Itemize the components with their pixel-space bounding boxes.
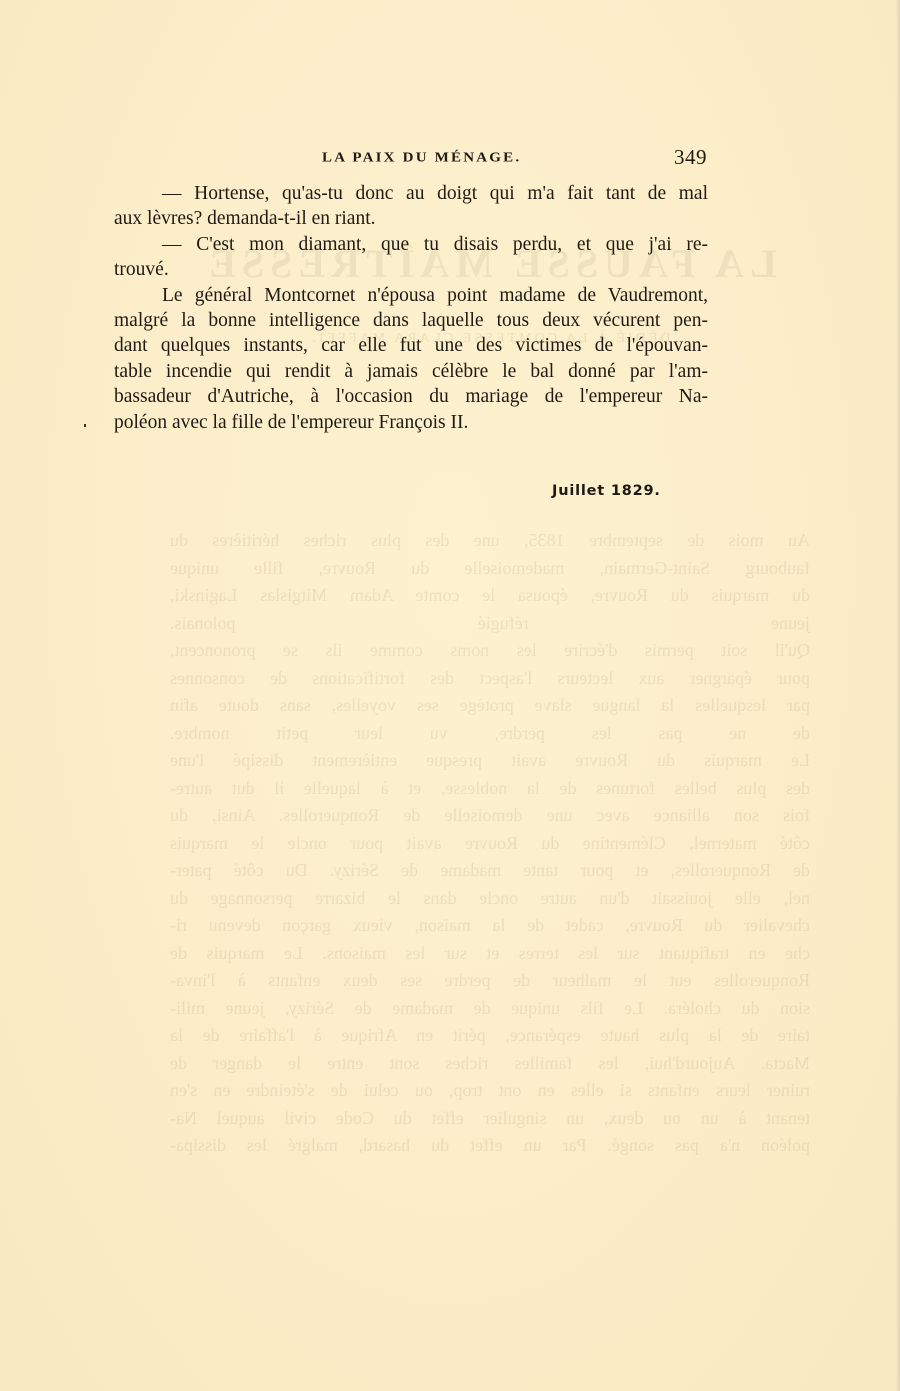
text-line: poléon avec la fille de l'empereur Franç… xyxy=(114,410,708,435)
bleed-line: ruiner leurs enfants si elles en ont tro… xyxy=(170,1077,810,1105)
bleed-line: sion du choléra. Le fils unique de madam… xyxy=(170,995,810,1023)
bleed-line: taire de la plus haute espérance, périt … xyxy=(170,1022,810,1050)
paragraph-dialogue-diamond: — C'est mon diamant, que tu disais perdu… xyxy=(114,232,708,283)
text-line: trouvé. xyxy=(114,257,708,282)
bleed-line: de Ronquerolles, et pour tante madame de… xyxy=(170,857,810,885)
bleed-line: du marquis du Rouvre, épousa le comte Ad… xyxy=(170,582,810,610)
bleed-line: fois son alliance avec une demoiselle de… xyxy=(170,802,810,830)
bleed-line: jeune réfugié polonais. xyxy=(170,610,810,638)
bleed-line: Macta. Aujourd'hui, les familles riches … xyxy=(170,1050,810,1078)
bleed-line: des plus belles fortunes de la noblesse,… xyxy=(170,775,810,803)
bleed-line: de ne pas les perdre, vu leur petit nomb… xyxy=(170,720,810,748)
text-line: aux lèvres? demanda-t-il en riant. xyxy=(114,206,708,231)
text-line: — Hortense, qu'as-tu donc au doigt qui m… xyxy=(114,181,708,206)
bleed-lines: Au mois de septembre 1835, une des plus … xyxy=(170,527,810,1160)
text-line: Le général Montcornet n'épousa point mad… xyxy=(114,283,708,308)
running-title: LA PAIX DU MÉNAGE. xyxy=(322,151,521,167)
text-line: dant quelques instants, car elle fut une… xyxy=(114,333,708,358)
bleed-line: tenant à un ou deux, un singulier effet … xyxy=(170,1105,810,1133)
bleed-line: côté maternel, Clémentine du Rouvre avai… xyxy=(170,830,810,858)
text-line: malgré la bonne intelligence dans laquel… xyxy=(114,308,708,333)
dateline: Juillet 1829. xyxy=(552,483,661,499)
bleed-line: par lesquelles la langue slave protège s… xyxy=(170,692,810,720)
paragraph-dialogue-hortense: — Hortense, qu'as-tu donc au doigt qui m… xyxy=(114,181,708,232)
bleed-line: che en trafiquant sur les terres et sur … xyxy=(170,940,810,968)
bleed-line: Qu'il soit permis d'écrire les noms comm… xyxy=(170,637,810,665)
paragraph-closing-narrative: Le général Montcornet n'épousa point mad… xyxy=(114,283,708,435)
bleed-line: faubourg Saint-Germain, mademoiselle du … xyxy=(170,555,810,583)
bleed-line: Ronquerolles eut le malheur de perdre se… xyxy=(170,967,810,995)
bleed-line: Le marquis du Rouvre avait presque entiè… xyxy=(170,747,810,775)
text-line: table incendie qui rendit à jamais célèb… xyxy=(114,359,708,384)
page-number: 349 xyxy=(674,145,707,170)
margin-speck xyxy=(84,424,86,427)
body-text: — Hortense, qu'as-tu donc au doigt qui m… xyxy=(114,181,708,435)
running-header: LA PAIX DU MÉNAGE. 349 xyxy=(322,150,707,176)
bleed-line: chevalier du Rouvre, cadet de la maison,… xyxy=(170,912,810,940)
text-line: bassadeur d'Autriche, à l'occasion du ma… xyxy=(114,384,708,409)
text-line: — C'est mon diamant, que tu disais perdu… xyxy=(114,232,708,257)
bleed-line: nel, elle jouissait d'un autre oncle dan… xyxy=(170,885,810,913)
bleed-line: pour épargner aux lecteurs l'aspect des … xyxy=(170,665,810,693)
bleed-line: Au mois de septembre 1835, une des plus … xyxy=(170,527,810,555)
book-page: LA FAUSSE MAÎTRESSE DÉDIÉ À LA COMTESSE … xyxy=(0,0,900,1391)
bleed-line: poléon n'a pas songé. Par un effet du ha… xyxy=(170,1132,810,1160)
